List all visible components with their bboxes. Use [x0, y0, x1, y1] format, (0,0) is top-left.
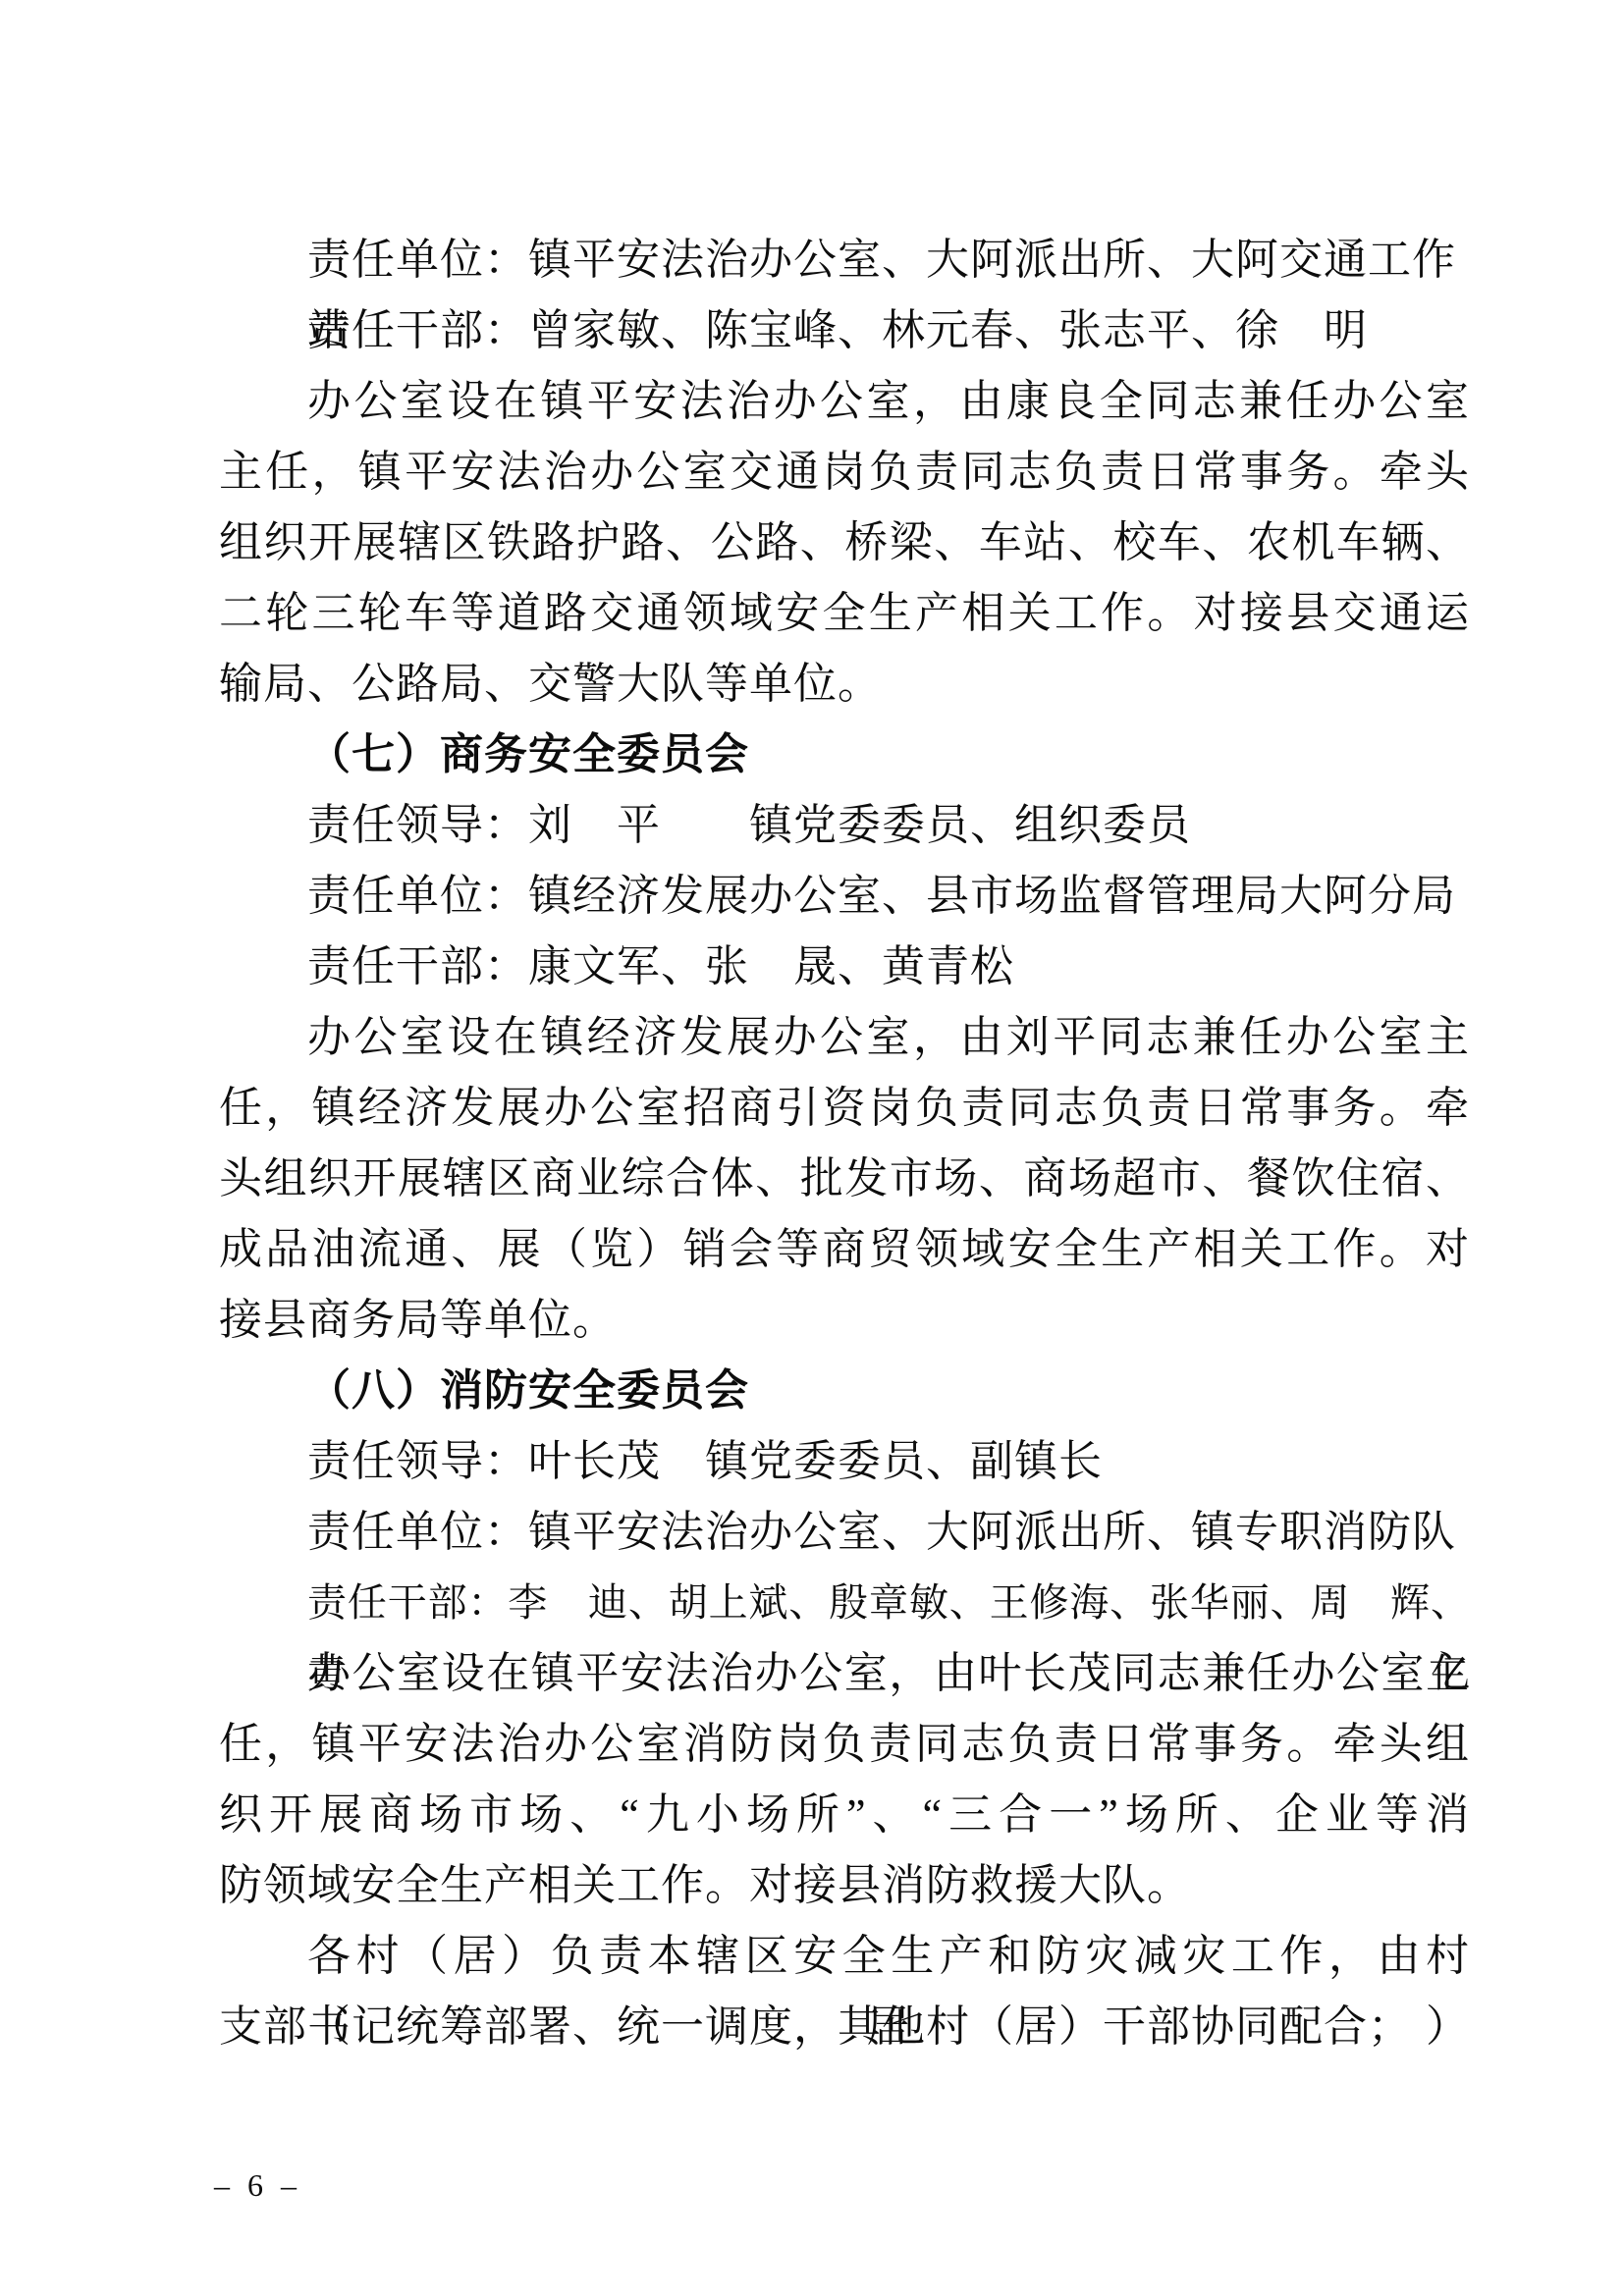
- doc-line: 织开展商场市场、“九小场所”、“三合一”场所、企业等消: [219, 1780, 1470, 1850]
- doc-line: 组织开展辖区铁路护路、公路、桥梁、车站、校车、农机车辆、: [219, 507, 1470, 578]
- doc-line-duty-unit: 责任单位：镇平安法治办公室、大阿派出所、大阿交通工作站: [219, 225, 1470, 295]
- doc-line: 成品油流通、展（览）销会等商贸领域安全生产相关工作。对: [219, 1214, 1470, 1285]
- doc-line: 各村（居）负责本辖区安全生产和防灾减灾工作，由村（居）: [219, 1921, 1470, 1992]
- doc-line: 办公室设在镇平安法治办公室，由叶长茂同志兼任办公室主: [219, 1638, 1470, 1709]
- doc-line-duty-cadre: 责任干部：康文军、张 晟、黄青松: [219, 932, 1470, 1002]
- doc-line: 任，镇平安法治办公室消防岗负责同志负责日常事务。牵头组: [219, 1709, 1470, 1780]
- doc-line-duty-cadre: 责任干部：李 迪、胡上斌、殷章敏、王修海、张华丽、周 辉、黄 亿: [219, 1568, 1470, 1638]
- doc-line-duty-unit: 责任单位：镇平安法治办公室、大阿派出所、镇专职消防队: [219, 1497, 1470, 1568]
- doc-line: 二轮三轮车等道路交通领域安全生产相关工作。对接县交通运: [219, 578, 1470, 649]
- doc-line: 输局、公路局、交警大队等单位。: [219, 649, 1470, 720]
- doc-line: 办公室设在镇经济发展办公室，由刘平同志兼任办公室主: [219, 1002, 1470, 1073]
- document-body: 责任单位：镇平安法治办公室、大阿派出所、大阿交通工作站 责任干部：曾家敏、陈宝峰…: [219, 225, 1470, 2062]
- doc-line: 办公室设在镇平安法治办公室，由康良全同志兼任办公室: [219, 366, 1470, 437]
- doc-line: 接县商务局等单位。: [219, 1285, 1470, 1356]
- document-page: 责任单位：镇平安法治办公室、大阿派出所、大阿交通工作站 责任干部：曾家敏、陈宝峰…: [0, 0, 1624, 2296]
- section-heading-7: （七）商务安全委员会: [219, 720, 1470, 790]
- doc-line: 任，镇经济发展办公室招商引资岗负责同志负责日常事务。牵: [219, 1073, 1470, 1144]
- doc-line: 头组织开展辖区商业综合体、批发市场、商场超市、餐饮住宿、: [219, 1144, 1470, 1214]
- section-heading-8: （八）消防安全委员会: [219, 1356, 1470, 1426]
- doc-line: 防领域安全生产相关工作。对接县消防救援大队。: [219, 1850, 1470, 1921]
- doc-line-duty-unit: 责任单位：镇经济发展办公室、县市场监督管理局大阿分局: [219, 861, 1470, 932]
- doc-line-duty-leader: 责任领导：刘 平 镇党委委员、组织委员: [219, 790, 1470, 861]
- doc-line-duty-leader: 责任领导：叶长茂 镇党委委员、副镇长: [219, 1426, 1470, 1497]
- page-number: – 6 –: [214, 2156, 301, 2215]
- doc-line-duty-cadre: 责任干部：曾家敏、陈宝峰、林元春、张志平、徐 明: [219, 295, 1470, 366]
- doc-line: 主任，镇平安法治办公室交通岗负责同志负责日常事务。牵头: [219, 437, 1470, 507]
- doc-line: 支部书记统筹部署、统一调度，其他村（居）干部协同配合；: [219, 1992, 1470, 2062]
